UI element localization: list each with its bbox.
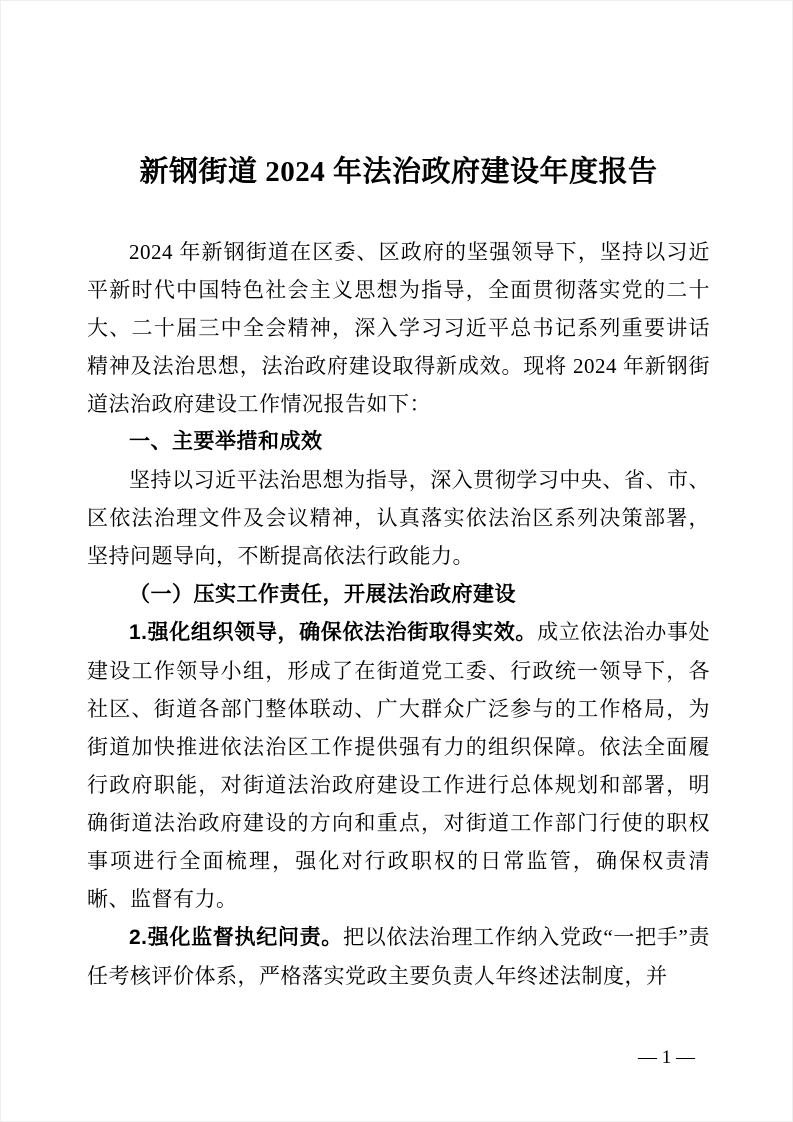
item-1-body: 成立依法治办事处建设工作领导小组，形成了在街道党工委、行政统一领导下，各社区、街…	[87, 620, 710, 911]
item-2-lead: 2.强化监督执纪问责。	[129, 926, 343, 949]
item-1-lead: 1.强化组织领导，确保依法治街取得实效。	[129, 621, 537, 644]
section-1-heading: 一、主要举措和成效	[87, 423, 710, 461]
document-page: 新钢街道 2024 年法治政府建设年度报告 2024 年新钢街道在区委、区政府的…	[0, 0, 793, 1122]
page-number: — 1 —	[638, 1047, 695, 1069]
intro-paragraph: 2024 年新钢街道在区委、区政府的坚强领导下，坚持以习近平新时代中国特色社会主…	[87, 233, 710, 423]
item-1-paragraph: 1.强化组织领导，确保依法治街取得实效。成立依法治办事处建设工作领导小组，形成了…	[87, 613, 710, 918]
document-title: 新钢街道 2024 年法治政府建设年度报告	[87, 152, 710, 192]
section-1-intro-paragraph: 坚持以习近平法治思想为指导，深入贯彻学习中央、省、市、区依法治理文件及会议精神，…	[87, 461, 710, 575]
subsection-1-heading: （一）压实工作责任，开展法治政府建设	[87, 575, 710, 613]
item-2-paragraph: 2.强化监督执纪问责。把以依法治理工作纳入党政“一把手”责任考核评价体系，严格落…	[87, 918, 710, 995]
